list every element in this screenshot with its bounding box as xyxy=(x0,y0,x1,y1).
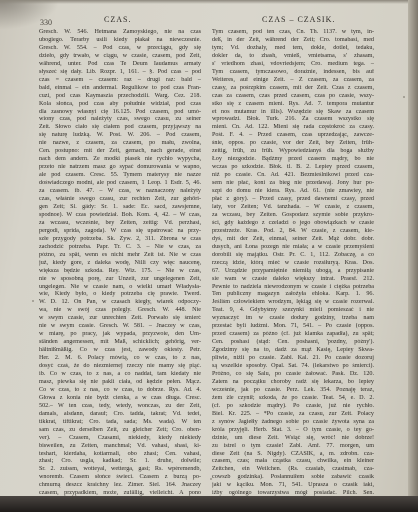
text-line: Gresch. W. 546. Hetmana Zamoyskiego, nie… xyxy=(39,29,201,37)
text-line: przed czasem) za późno (cf. już klamka z… xyxy=(212,331,374,339)
text-line: 67. Urządzie przypamiętnie niemiłą ubogą… xyxy=(212,268,374,276)
text-line: pergodi, sprida, zagoda). W czas się upa… xyxy=(39,228,201,236)
text-line: Zgodzimy się na to, dadź za mąż Kasię, L… xyxy=(212,347,374,355)
text-line: Pośt. F. 4. – Przed czasem, czas uprzedz… xyxy=(212,132,374,140)
text-line: ubogiego. Terarby usili kiedy płakał na … xyxy=(39,37,201,45)
text-line: ver). – Czasem, Czasami, niekiedy, kiedy… xyxy=(39,435,201,443)
text-line: Cen. postupno: mit der Zeit, gemach, nac… xyxy=(39,148,201,156)
text-line: przestać byli ludźmi. Mon. 71, 541. – Po… xyxy=(212,323,374,331)
text-line: wprowadzi. Błok. Turk. 216. Za czasem ws… xyxy=(212,116,374,124)
text-line: wczas po szkodzie. Błok. tl. B. 2. Lepie… xyxy=(212,164,374,172)
text-line: płać z góry). – Przed czasy, przed dawne… xyxy=(212,196,374,204)
text-line: większa będzie szkoda. Rey. Wiz. 175. – … xyxy=(39,268,201,276)
text-line: dzinie, um diese Zeit. Wsiąć się, wróć! … xyxy=(212,435,374,443)
paper-speck xyxy=(403,96,405,98)
text-line: czas za czasem, czas przed czasem, czas … xyxy=(212,93,374,101)
text-line: późno, zu spät, wenn es nicht mehr Zeit … xyxy=(39,252,201,260)
text-line: za wczasu, bey Zeiten. Gospodarz szymie … xyxy=(212,212,374,220)
text-line: zhasi; Cro. usgla, kadkad; Sr. 1. druhe,… xyxy=(39,458,201,466)
text-line: teshart, kierdaha, kotiarmali, obo zhasi… xyxy=(39,451,201,459)
text-line: niż po czasie. Cn. Ad. 421. Bezmieślniko… xyxy=(212,172,374,180)
text-line: cuzi, pod czas Kaymaszia przechodzili. W… xyxy=(39,93,201,101)
text-line: masz, piewka się nie pakli ciała, od kęd… xyxy=(39,379,201,387)
text-line: Zatem na początku choroby radź się lekar… xyxy=(212,379,374,387)
text-line: Biel. Kr. 225. – *Po czasie, za czasu, z… xyxy=(212,411,374,419)
text-line: czasem, czas; mała cząstka czasu, chwilk… xyxy=(212,458,374,466)
text-line: nie w swym czasie. Gresch. W. 581. – Jna… xyxy=(39,323,201,331)
text-line: Łoy niezgodzie. Bądźmy przed czasem mądr… xyxy=(212,156,374,164)
text-line: czasy, za pośrzpkim czasem, mit der Zeit… xyxy=(212,85,374,93)
text-line: jaki w kąciku. Mon. 71, 541. Uprasza o c… xyxy=(212,482,374,490)
book-right-edge xyxy=(408,0,418,512)
text-line: nie w sposobną porę, zur Unzeit, zur ung… xyxy=(39,276,201,284)
text-line: wiony czas, pod należyty czas, swego cza… xyxy=(39,116,201,124)
text-line: dyś, mit der Zeit, einmal, seiner Zeit. … xyxy=(212,236,374,244)
text-line: Zeitchen, ein Weilchen. (Rs. czasiab, cz… xyxy=(212,466,374,474)
text-line: są wszelkie sposoby. Opal. Sat. 74. (lek… xyxy=(212,363,374,371)
text-line: Tym czasem, pod ten czas, Cn. Th. 1137. … xyxy=(212,29,374,37)
text-line: während, unter. Pod czas Te Deum Iaudamu… xyxy=(39,61,201,69)
text-line: tym; Vd. dozhaly, med tem, dokle, dotleł… xyxy=(212,45,374,53)
text-line: cowszb godzinka). Posłannuiłem sobie zab… xyxy=(212,474,374,482)
running-header-right: CZAS – CZASIK. xyxy=(262,15,335,24)
text-line: dusych, ani Łona pozegn nie miała; a w c… xyxy=(212,244,374,252)
text-line: bisweilen, zu Zeiten, manchmal; Vd. vaha… xyxy=(39,443,201,451)
text-line: Zeit. Słowo ciało się ciałem pod czasem,… xyxy=(39,124,201,132)
text-line: spodnoe). W czas powiedział. Boh. Kom. 4… xyxy=(39,212,201,220)
text-line: Cen. poshasi (stąd: Cen. poshasni, 'pozd… xyxy=(212,339,374,347)
text-line: pliwie, niżli po czasie. Zabl. Kal. 21. … xyxy=(212,355,374,363)
text-line: zachodzić potrzeba. Papr. Tr. C. 3. – Ni… xyxy=(39,244,201,252)
text-line: mieni. Cn. Ad. 122. Mieni się rada częst… xyxy=(212,124,374,132)
text-column-left: Gresch. W. 546. Hetmana Zamoyskiego, nie… xyxy=(39,29,201,496)
text-line: rzeczą idzie, którą mieć w czasie rozsił… xyxy=(212,260,374,268)
text-line: za czasem. ib. 47. – W czas, w naznaczon… xyxy=(39,188,201,196)
text-line: doświadczego modni, ale pod czasem, 1 Le… xyxy=(39,180,201,188)
text-line: śnie, oppos. po czasie, vor der Zeit, be… xyxy=(212,140,374,148)
text-line: Her. 2. M. 6. Polacy mówią, co w czas, t… xyxy=(39,355,201,363)
text-line: sie wam w czasie daleko większy intrat. … xyxy=(212,276,374,284)
text-line: dokler da, to zhash, vmieß, vmietsama, s… xyxy=(212,53,374,61)
text-line: już, kiedy gore, z daleka wodę, Nilli cz… xyxy=(39,260,201,268)
text-line: 502.– W ten czas, tedy, wtedy, wonczas, … xyxy=(39,403,201,411)
text-line: dorobili się majątku. Ostr. Pr. C. 1, 11… xyxy=(212,252,374,260)
text-line: diese Zeit (na S. Nigdy). CZASIK, a, m. … xyxy=(212,451,374,459)
text-line: dzieło, gdy trwało, w ciągu, w czasie, c… xyxy=(39,53,201,61)
text-line: nie nazwe, z czasem, za czasem, po mału,… xyxy=(39,140,201,148)
text-line: Głowa z konia nie bydź cienka, a w czas … xyxy=(39,395,201,403)
text-line: ale pod czasem. Cresc. 55. Tymem materys… xyxy=(39,172,201,180)
text-line: hältnißmäßig. Co w czas jest, zawody oki… xyxy=(39,347,201,355)
paper-speck xyxy=(210,478,212,480)
text-line: w miarę, po pracy, jak wypada, przyzwoie… xyxy=(39,331,201,339)
text-line: Ten publiczny magazyn założyła ehloka. K… xyxy=(212,291,374,299)
text-line: się naturę ludzką. W. Post. W. 206. – Po… xyxy=(39,132,201,140)
text-line: damals, alsdann, darauf; Cro. tadda, tak… xyxy=(39,411,201,419)
text-line: Próżno, co się Śalu, po czasie żałować. … xyxy=(212,371,374,379)
text-line: zeitig, früh, zu früh. Wypowiedzianyś dl… xyxy=(212,148,374,156)
text-line: przestrzeże. Kras. Pod. 2, 84. W czasie,… xyxy=(212,228,374,236)
text-line: wyznaczyć im w czasie dodury godziny, tr… xyxy=(212,315,374,323)
text-line: sam czas, zu derselben Zeit, zu gleicher… xyxy=(39,427,201,435)
text-line: gen Zeit; Sl. gâdy: Sr. 1. sade: Ec. sac… xyxy=(39,204,201,212)
page-number: 330 xyxy=(40,18,52,27)
text-line: Teat. 9, 4. Gdybyśmy szezynki mieli pomi… xyxy=(212,307,374,315)
text-line: stko się z czasem mieni. Rys. Ad. 7. tem… xyxy=(212,101,374,109)
text-line: za wczasu, wcześnie, bey Zeiten, zeitig:… xyxy=(39,220,201,228)
page-top-edge xyxy=(0,0,412,4)
paper-speck xyxy=(32,300,34,302)
text-line: Sr. 2. zuissm, wotteyal, wetterga, gasi;… xyxy=(39,466,201,474)
text-line: nach dem andern. Ze modki piasek nie ryc… xyxy=(39,156,201,164)
text-line: bald, einmal – ein andermal. Regulikow t… xyxy=(39,85,201,93)
text-line: żem źle czynił; szkoda, że po czasie. Te… xyxy=(212,395,374,403)
text-line: Kola słońca, pod czas aby południe widzi… xyxy=(39,101,201,109)
text-line: czas, właśnie swego czasu, zur rechten Z… xyxy=(39,196,201,204)
text-line: tikkrat, tiftikrat; Cro. tada, sada; Ms.… xyxy=(39,419,201,427)
text-line: wie, Kiedy było, o kiedy potrzeba cię pr… xyxy=(39,291,201,299)
text-line: (cf. po szkodzie mądry). Po czasie, już … xyxy=(212,403,374,411)
text-line: króla przyjęli. Herb. Stat. 3. – O tym c… xyxy=(212,427,374,435)
text-column-right: Tym czasem, pod ten czas, Cn. Th. 1137. … xyxy=(212,29,374,496)
text-line: Weiteres, auf einige Zeit. – Z czasem, z… xyxy=(212,77,374,85)
text-line: Co w czas, to z nas, co w czas, to dobrz… xyxy=(39,387,201,395)
text-line: Gresch. W. 554. – Pod czas, w przeciągu,… xyxy=(39,45,201,53)
text-line: zu istrel o tym czasie! Zabl. Amf. 77. m… xyxy=(212,443,374,451)
text-line: czas = czasem – czasem: raz – drugi raz:… xyxy=(39,77,201,85)
text-line: przeto nie natrzem masz go sypać domurow… xyxy=(39,164,201,172)
text-line: ständen angemessen, mit Maß, schicklich;… xyxy=(39,339,201,347)
text-line: wcześnie, jak po czasie. Perz. Lek. 354.… xyxy=(212,387,374,395)
text-line: wa, nie w swój czas polegly. Gresch. W. … xyxy=(39,307,201,315)
text-line: szpi do domu nie kiera. Rys. Ad. 61. (ni… xyxy=(212,188,374,196)
text-line: ungelegen. Nie w czasie nam, o wielki um… xyxy=(39,284,201,292)
text-line: szłe przygody potrzeba. Sk. Zyw. 2, 311.… xyxy=(39,236,201,244)
scanned-dictionary-page: 330 CZAS. CZAS – CZASIK. Gresch. W. 546.… xyxy=(0,0,412,496)
text-line: laty, vor Zeiten; Vd. tanzhada. – W czas… xyxy=(212,204,374,212)
running-header-left: CZAS. xyxy=(104,15,131,24)
text-line: dosyć czaś, że do niezmiernej rzeczy nie… xyxy=(39,363,201,371)
text-line: wnoremb. Czasem słońce świeci. Czasem z … xyxy=(39,474,201,482)
text-line: ści, gdy każdego z czeladzi o jego obowi… xyxy=(212,220,374,228)
text-line: słyszeć się dały. Lib. Rozpr. 1, 161. – … xyxy=(39,69,201,77)
text-line: deß, in der Zeit, während der Zeit; Cro.… xyxy=(212,37,374,45)
text-line: dla zasnowy własnyi cię 16.125. Pod czas… xyxy=(39,109,201,117)
text-line: ib. Co w czas, to z nas, a co naddat, ta… xyxy=(39,371,201,379)
text-line: et nos mutamur in illis). Wszędzie się Ś… xyxy=(212,109,374,117)
text-line: chmurną deszcz kraichny lez. Zimer. Siel… xyxy=(39,482,201,490)
text-line: w swym czasie, zur unrechten Zeit. Porwa… xyxy=(39,315,201,323)
text-line: s' vriedhom zhasi, vdovriedsjem; Cro. me… xyxy=(212,61,374,69)
text-line: z synów Jagiełły żadnego sobie po czasie… xyxy=(212,419,374,427)
book-bottom-edge xyxy=(0,496,418,512)
text-line: Tym czasem, tymczasowo, doraźnie, indess… xyxy=(212,69,374,77)
text-line: W. D. 12. On Pan, w czasach kiegły, wiar… xyxy=(39,299,201,307)
text-line: sem nie płać, koni za bieg nie przedawaj… xyxy=(212,180,374,188)
text-line: Jeśliśm człowiekiem wrodzym, lękiąg się … xyxy=(212,299,374,307)
text-line: Pewnie to nadziela niewrodzonym w czasie… xyxy=(212,284,374,292)
